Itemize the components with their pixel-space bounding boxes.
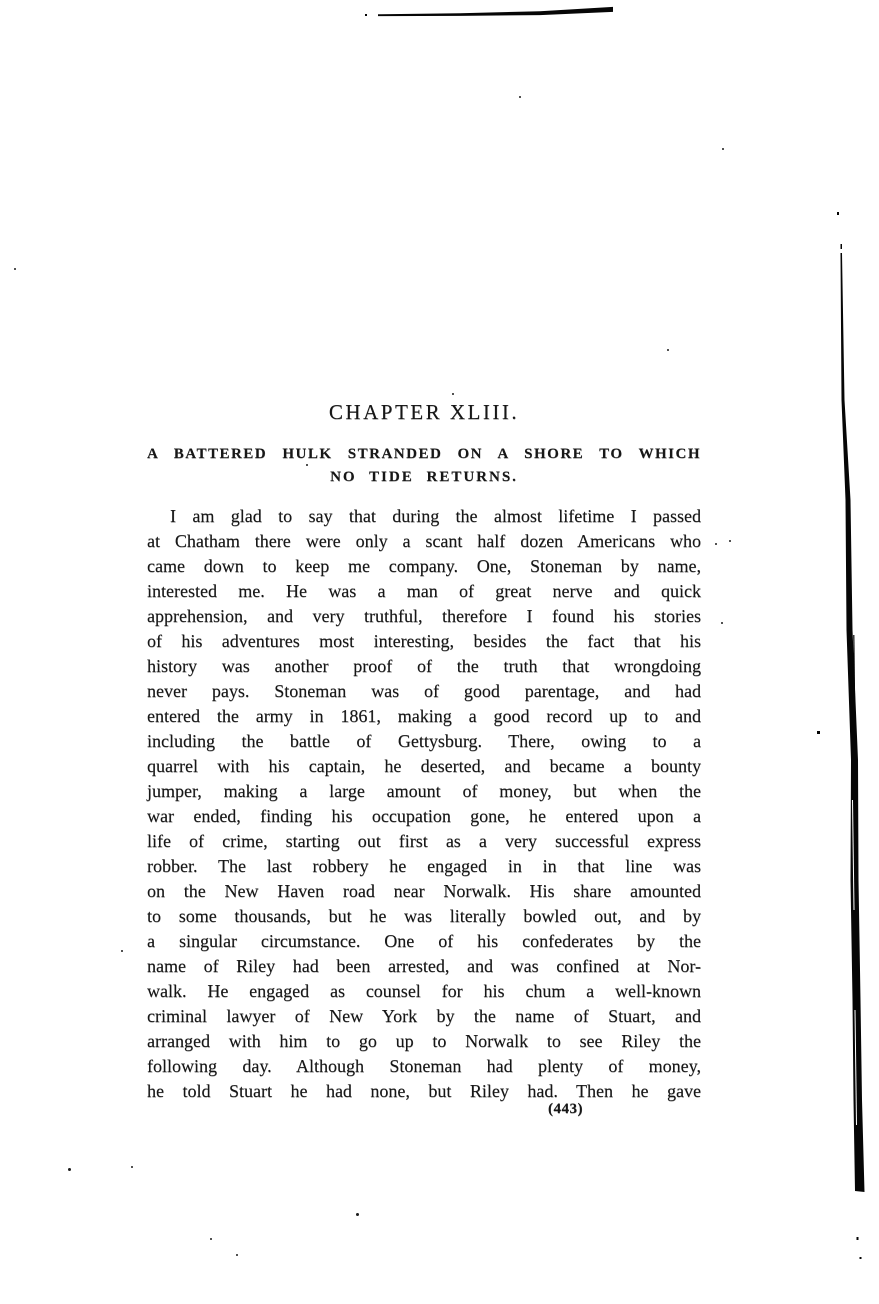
body-text-line: criminal lawyer of New York by the name … bbox=[147, 1004, 701, 1029]
body-text-line: including the battle of Gettysburg. Ther… bbox=[147, 729, 701, 754]
body-text-line: following day. Although Stoneman had ple… bbox=[147, 1054, 701, 1079]
scan-speck bbox=[715, 543, 717, 545]
page-number: (443) bbox=[548, 1101, 583, 1118]
scan-speck bbox=[68, 1168, 71, 1171]
body-text-line: entered the army in 1861, making a good … bbox=[147, 704, 701, 729]
body-text-line: jumper, making a large amount of money, … bbox=[147, 779, 701, 804]
scan-streak-right-edge bbox=[817, 212, 865, 1259]
scan-speck bbox=[667, 349, 669, 351]
scan-speck bbox=[210, 1238, 212, 1240]
body-text-line: interested me. He was a man of great ner… bbox=[147, 579, 701, 604]
body-text-line: a singular circumstance. One of his conf… bbox=[147, 929, 701, 954]
body-text-line: history was another proof of the truth t… bbox=[147, 654, 701, 679]
body-text-line: life of crime, starting out first as a v… bbox=[147, 829, 701, 854]
body-text-line: quarrel with his captain, he deserted, a… bbox=[147, 754, 701, 779]
body-text-line: war ended, finding his occupation gone, … bbox=[147, 804, 701, 829]
scan-speck bbox=[306, 464, 308, 466]
chapter-title: CHAPTER XLIII. bbox=[147, 401, 701, 424]
body-text: I am glad to say that during the almost … bbox=[147, 504, 701, 1104]
scan-speck bbox=[519, 96, 521, 98]
scan-speck bbox=[452, 393, 454, 395]
body-text-line: walk. He engaged as counsel for his chum… bbox=[147, 979, 701, 1004]
scan-speck bbox=[131, 1166, 133, 1168]
scan-speck bbox=[721, 622, 723, 624]
body-text-line: he told Stuart he had none, but Riley ha… bbox=[147, 1079, 701, 1104]
book-page: CHAPTER XLIII. A BATTERED HULK STRANDED … bbox=[0, 0, 879, 1304]
body-text-line: never pays. Stoneman was of good parenta… bbox=[147, 679, 701, 704]
scan-speck bbox=[14, 268, 16, 270]
body-text-line: to some thousands, but he was literally … bbox=[147, 904, 701, 929]
body-text-line: on the New Haven road near Norwalk. His … bbox=[147, 879, 701, 904]
body-text-line: apprehension, and very truthful, therefo… bbox=[147, 604, 701, 629]
body-text-line: of his adventures most interesting, besi… bbox=[147, 629, 701, 654]
body-text-line: at Chatham there were only a scant half … bbox=[147, 529, 701, 554]
body-text-line: came down to keep me company. One, Stone… bbox=[147, 554, 701, 579]
scan-streak-top bbox=[365, 7, 613, 16]
scan-speck bbox=[722, 148, 724, 150]
body-text-line: I am glad to say that during the almost … bbox=[147, 504, 701, 529]
body-text-line: name of Riley had been arrested, and was… bbox=[147, 954, 701, 979]
scan-speck bbox=[729, 540, 731, 542]
scan-speck bbox=[121, 950, 123, 952]
body-text-line: arranged with him to go up to Norwalk to… bbox=[147, 1029, 701, 1054]
body-text-line: robber. The last robbery he engaged in i… bbox=[147, 854, 701, 879]
chapter-subtitle-line-1: A BATTERED HULK STRANDED ON A SHORE TO W… bbox=[147, 443, 701, 466]
scan-speck bbox=[356, 1213, 359, 1216]
chapter-subtitle: A BATTERED HULK STRANDED ON A SHORE TO W… bbox=[147, 443, 701, 489]
scan-speck bbox=[236, 1254, 238, 1256]
chapter-subtitle-line-2: NO TIDE RETURNS. bbox=[147, 466, 701, 489]
